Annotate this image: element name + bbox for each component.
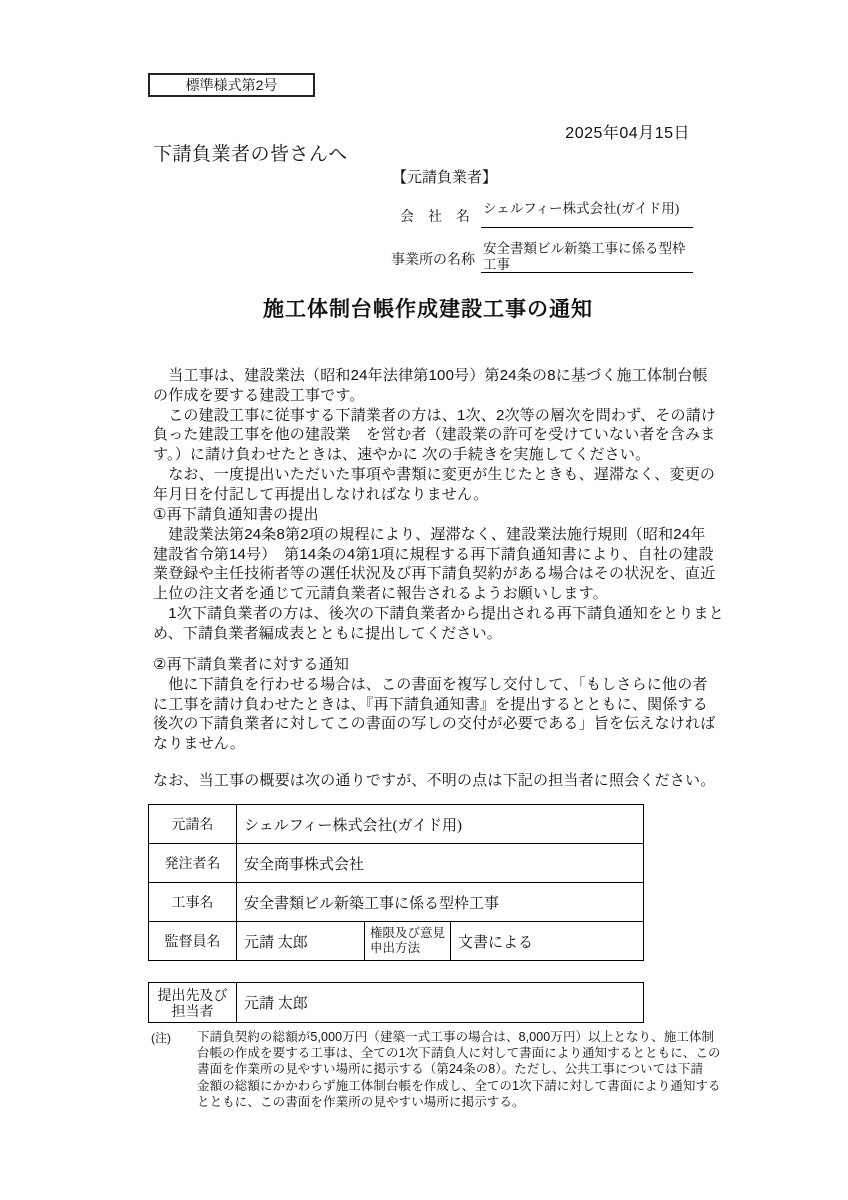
- office-name-value: 安全書類ビル新築工事に係る型枠工事: [481, 241, 693, 273]
- document-date: 2025年04月15日: [440, 120, 690, 143]
- supervisor-row-value: 元請 太郎: [237, 922, 365, 961]
- project-summary-table: 元請名 シェルフィー株式会社(ガイド用) 発注者名 安全商事株式会社 工事名 安…: [148, 804, 644, 961]
- salutation-heading: 下請負業者の皆さんへ: [153, 139, 348, 166]
- company-name-label: 会 社 名: [400, 206, 470, 226]
- orderer-row-value: 安全商事株式会社: [237, 844, 644, 883]
- form-number-label: 標準様式第2号: [186, 75, 278, 95]
- submission-contact-value: 元請 太郎: [237, 983, 644, 1023]
- company-name-value: シェルフィー株式会社(ガイド用): [481, 201, 693, 228]
- note-text: 下請負契約の総額が5,000万円（建築一式工事の場合は、8,000万円）以上とな…: [197, 1029, 737, 1110]
- table-row-prime-contractor: 元請名 シェルフィー株式会社(ガイド用): [149, 805, 644, 844]
- submission-contact-label: 提出先及び 担当者: [149, 983, 237, 1023]
- authority-method-value: 文書による: [451, 922, 644, 961]
- form-number-box: 標準様式第2号: [148, 73, 315, 97]
- document-title: 施工体制台帳作成建設工事の通知: [148, 293, 708, 323]
- prime-contractor-row-label: 元請名: [149, 805, 237, 844]
- document-page: 標準様式第2号 2025年04月15日 下請負業者の皆さんへ 【元請負業者】 会…: [0, 0, 848, 1200]
- submission-contact-table: 提出先及び 担当者 元請 太郎: [148, 982, 644, 1023]
- section-2-notice-to-subcontractors: ②再下請負業者に対する通知 他に下請負を行わせる場合は、この書面を複写し交付して…: [153, 655, 753, 754]
- prime-contractor-row-value: シェルフィー株式会社(ガイド用): [237, 805, 644, 844]
- table-row-supervisor: 監督員名 元請 太郎 権限及び意見 申出方法 文書による: [149, 922, 644, 961]
- section-1-renotification-submission: ①再下請負通知書の提出 建設業法第24条8第2項の規程により、遅滞なく、建設業法…: [153, 505, 753, 644]
- supervisor-row-label: 監督員名: [149, 922, 237, 961]
- prime-contractor-heading: 【元請負業者】: [392, 166, 497, 187]
- project-name-row-label: 工事名: [149, 883, 237, 922]
- intro-paragraph: 当工事は、建設業法（昭和24年法律第100号）第24条の8に基づく施工体制台帳 …: [153, 366, 753, 505]
- note-marker: (注): [151, 1029, 171, 1046]
- authority-method-label: 権限及び意見 申出方法: [365, 922, 451, 961]
- office-name-label: 事業所の名称: [391, 249, 475, 269]
- table-row-orderer: 発注者名 安全商事株式会社: [149, 844, 644, 883]
- outro-line: なお、当工事の概要は次の通りですが、不明の点は下記の担当者に照会ください。: [153, 771, 753, 791]
- table-row-submission-contact: 提出先及び 担当者 元請 太郎: [149, 983, 644, 1023]
- table-row-project-name: 工事名 安全書類ビル新築工事に係る型枠工事: [149, 883, 644, 922]
- orderer-row-label: 発注者名: [149, 844, 237, 883]
- project-name-row-value: 安全書類ビル新築工事に係る型枠工事: [237, 883, 644, 922]
